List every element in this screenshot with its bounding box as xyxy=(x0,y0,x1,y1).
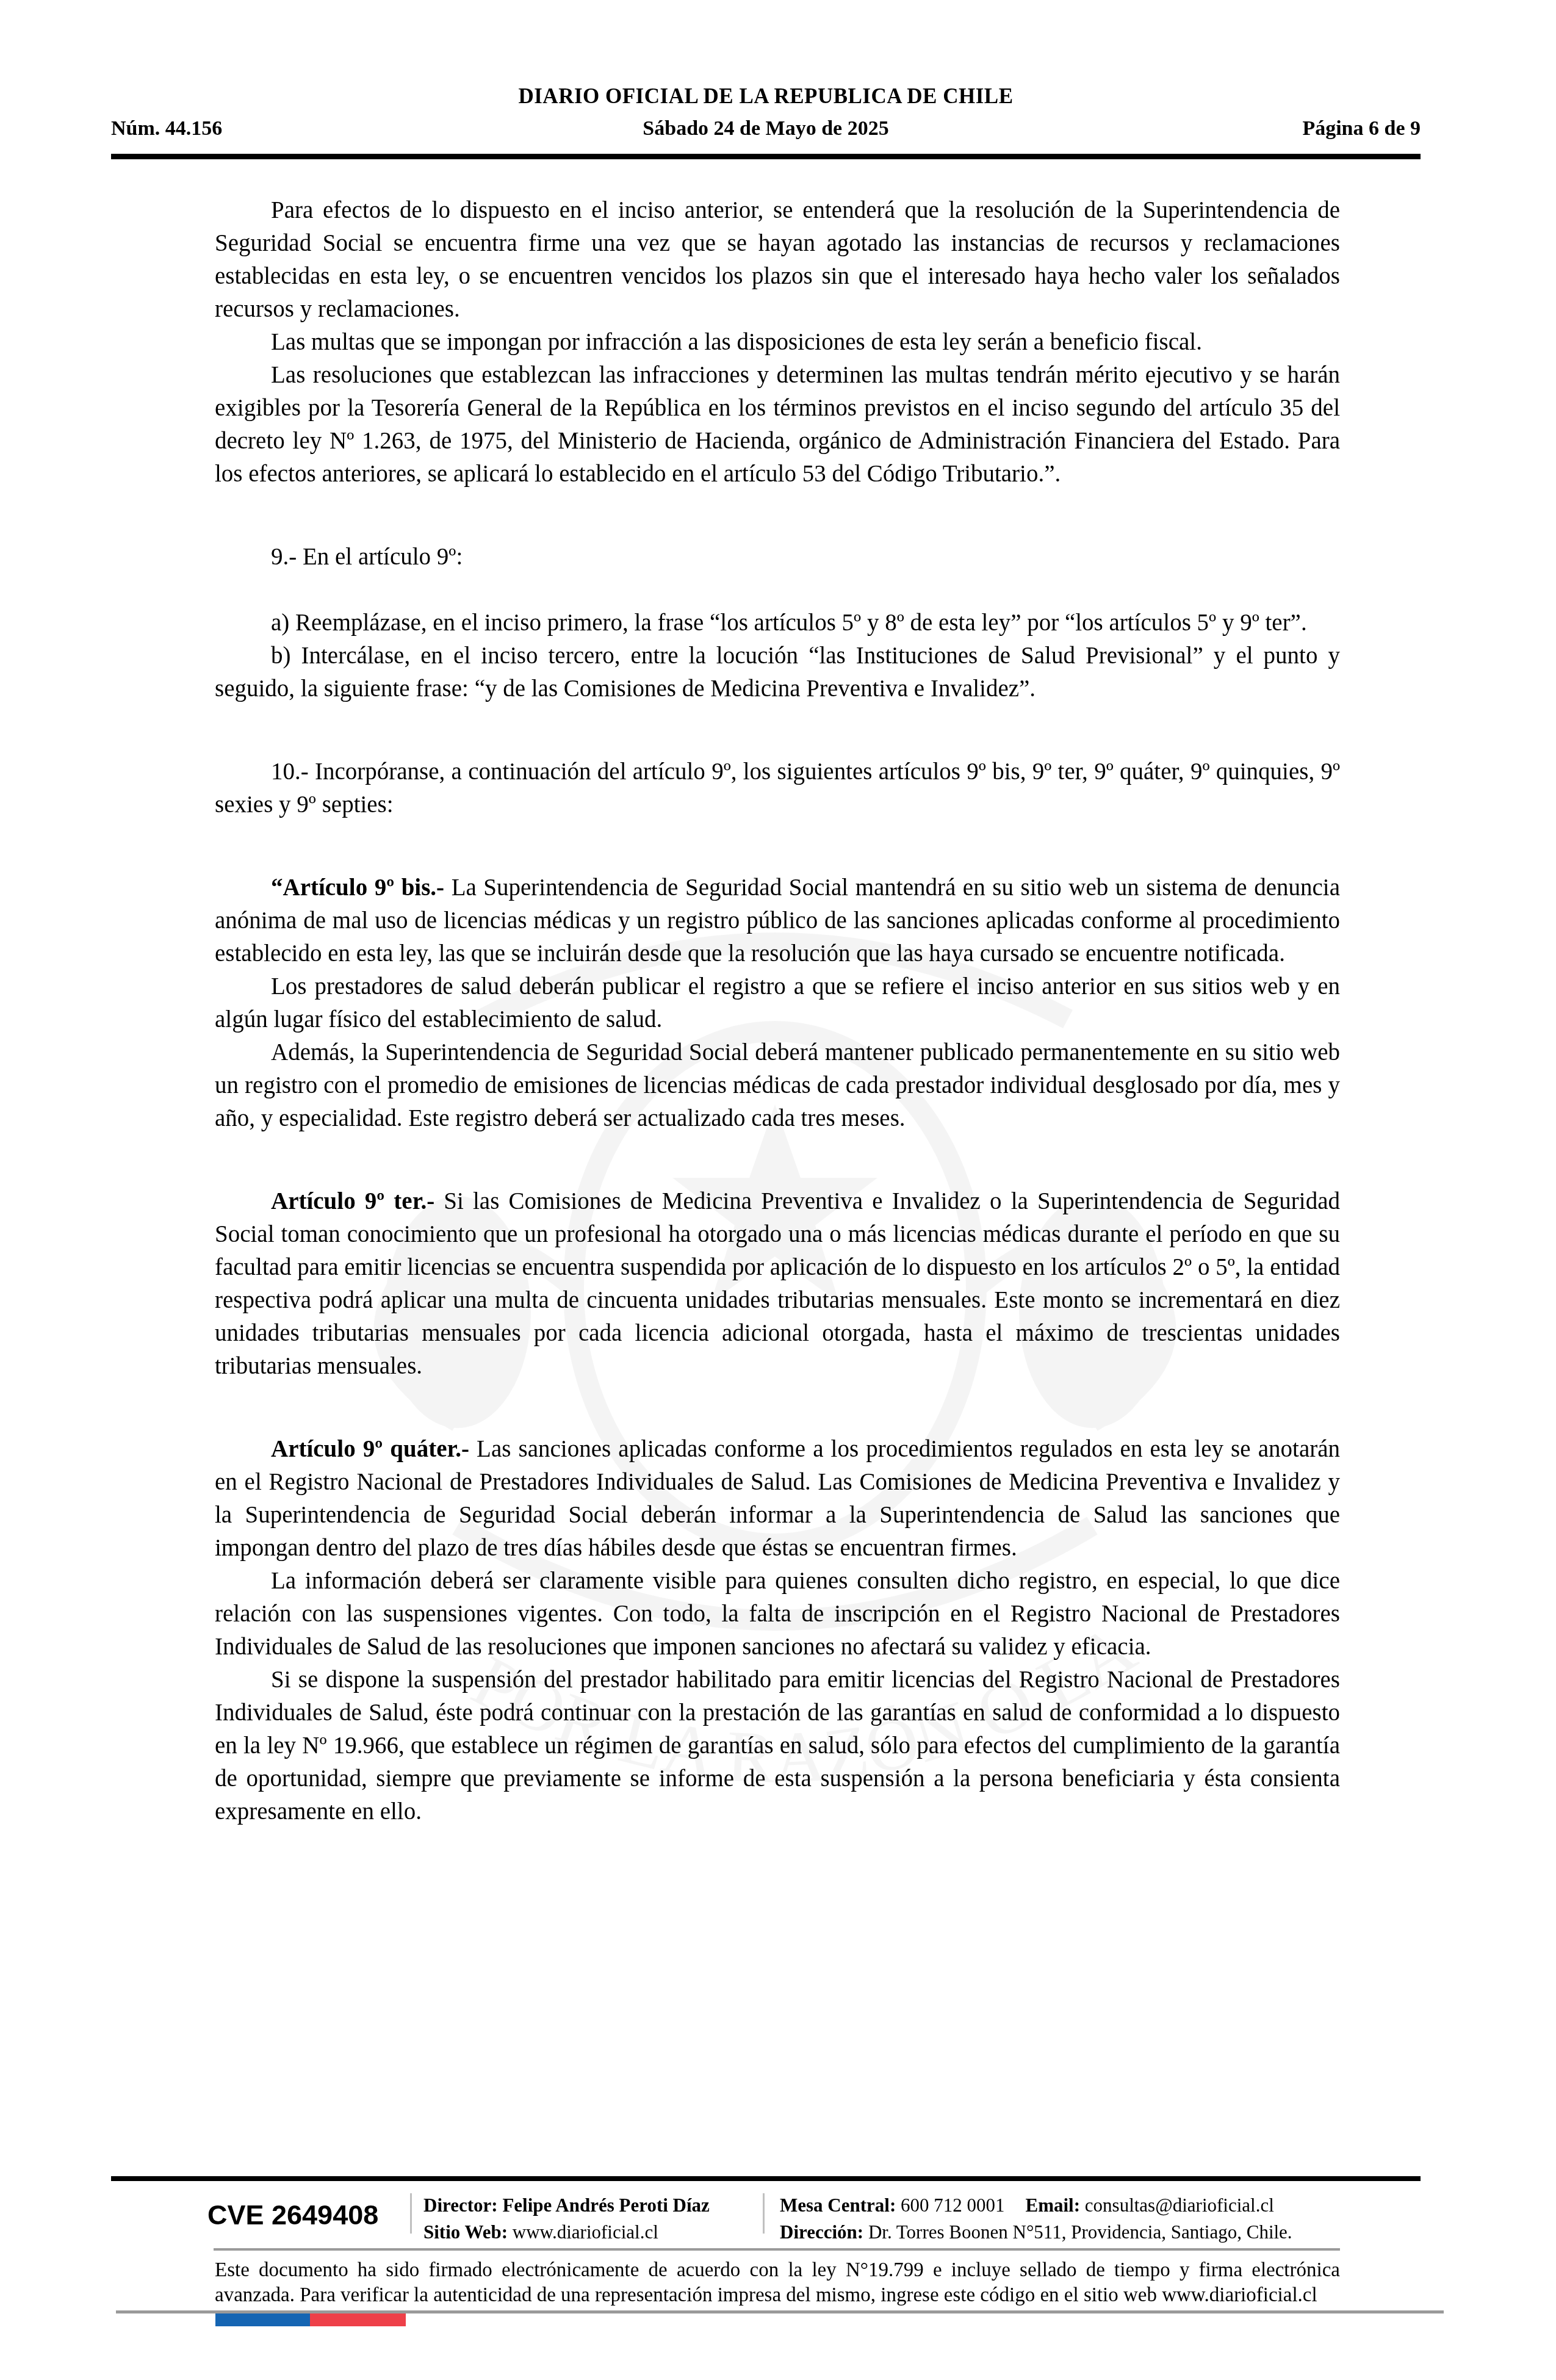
cve-code: CVE 2649408 xyxy=(207,2199,378,2231)
footer-divider-1 xyxy=(410,2193,412,2234)
paragraph: Para efectos de lo dispuesto en el incis… xyxy=(215,194,1340,326)
article-lead: “Artículo 9º bis.- xyxy=(271,874,444,901)
paragraph-text: Las resoluciones que establezcan las inf… xyxy=(215,362,1340,487)
page-title: DIARIO OFICIAL DE LA REPUBLICA DE CHILE xyxy=(111,84,1421,109)
email-label: Email: xyxy=(1026,2194,1081,2216)
issue-date: Sábado 24 de Mayo de 2025 xyxy=(111,117,1421,140)
paragraph: Los prestadores de salud deberán publica… xyxy=(215,970,1340,1036)
header-meta-row: Núm. 44.156 Sábado 24 de Mayo de 2025 Pá… xyxy=(111,117,1421,148)
director-line: Director: Felipe Andrés Peroti Díaz xyxy=(423,2192,710,2219)
paragraph: 9.- En el artículo 9º: xyxy=(215,541,1340,574)
paragraph: Las multas que se impongan por infracció… xyxy=(215,326,1340,359)
document-body: Para efectos de lo dispuesto en el incis… xyxy=(215,194,1340,1828)
page-indicator: Página 6 de 9 xyxy=(1302,117,1421,140)
address-value: Dr. Torres Boonen N°511, Providencia, Sa… xyxy=(863,2221,1292,2243)
paragraph-text: a) Reemplázase, en el inciso primero, la… xyxy=(271,610,1307,636)
paragraph: Artículo 9º ter.- Si las Comisiones de M… xyxy=(215,1185,1340,1383)
flag-blue-bar xyxy=(215,2313,310,2326)
paragraph-text: Para efectos de lo dispuesto en el incis… xyxy=(215,197,1340,322)
article-lead: Artículo 9º ter.- xyxy=(271,1188,434,1214)
address-label: Dirección: xyxy=(780,2221,863,2243)
paragraph-text: b) Intercálase, en el inciso tercero, en… xyxy=(215,643,1340,702)
email-value: consultas@diarioficial.cl xyxy=(1080,2194,1274,2216)
paragraph-text: Si las Comisiones de Medicina Preventiva… xyxy=(215,1188,1340,1379)
paragraph-text: Los prestadores de salud deberán publica… xyxy=(215,973,1340,1033)
footer-director-column: Director: Felipe Andrés Peroti Díaz Siti… xyxy=(423,2192,710,2246)
phone-value: 600 712 0001 xyxy=(896,2194,1004,2216)
document-page: DIARIO OFICIAL DE LA REPUBLICA DE CHILE … xyxy=(0,0,1556,2380)
phone-label: Mesa Central: xyxy=(780,2194,896,2216)
paragraph-text: 10.- Incorpóranse, a continuación del ar… xyxy=(215,759,1340,818)
paragraph: Además, la Superintendencia de Seguridad… xyxy=(215,1036,1340,1135)
footer-top-rule xyxy=(111,2176,1421,2181)
address-line: Dirección: Dr. Torres Boonen N°511, Prov… xyxy=(780,2219,1292,2246)
website-line: Sitio Web: www.diarioficial.cl xyxy=(423,2219,710,2246)
paragraph-text: Además, la Superintendencia de Seguridad… xyxy=(215,1039,1340,1131)
footer-divider-2 xyxy=(763,2193,765,2234)
paragraph: Si se dispone la suspensión del prestado… xyxy=(215,1664,1340,1828)
article-lead: Artículo 9º quáter.- xyxy=(271,1436,469,1462)
flag-red-bar xyxy=(310,2313,406,2326)
paragraph-text: Si se dispone la suspensión del prestado… xyxy=(215,1667,1340,1825)
paragraph: a) Reemplázase, en el inciso primero, la… xyxy=(215,607,1340,640)
footer-middle-rule xyxy=(214,2248,1340,2251)
website-label: Sitio Web: xyxy=(423,2221,508,2243)
paragraph: La información deberá ser claramente vis… xyxy=(215,1565,1340,1664)
paragraph-text: La información deberá ser claramente vis… xyxy=(215,1568,1340,1660)
footer-contact-column: Mesa Central: 600 712 0001Email: consult… xyxy=(780,2192,1292,2246)
website-value: www.diarioficial.cl xyxy=(508,2221,658,2243)
paragraph: 10.- Incorpóranse, a continuación del ar… xyxy=(215,755,1340,821)
legal-notice: Este documento ha sido firmado electróni… xyxy=(215,2258,1340,2308)
phone-email-line: Mesa Central: 600 712 0001Email: consult… xyxy=(780,2192,1292,2219)
director-value: Felipe Andrés Peroti Díaz xyxy=(498,2194,710,2216)
page-header: DIARIO OFICIAL DE LA REPUBLICA DE CHILE … xyxy=(111,84,1421,148)
paragraph: b) Intercálase, en el inciso tercero, en… xyxy=(215,640,1340,705)
paragraph-text: Las multas que se impongan por infracció… xyxy=(271,329,1202,355)
header-rule xyxy=(111,154,1421,159)
paragraph: “Artículo 9º bis.- La Superintendencia d… xyxy=(215,871,1340,970)
paragraph: Artículo 9º quáter.- Las sanciones aplic… xyxy=(215,1433,1340,1565)
paragraph-text: 9.- En el artículo 9º: xyxy=(271,544,463,570)
paragraph: Las resoluciones que establezcan las inf… xyxy=(215,359,1340,491)
director-label: Director: xyxy=(423,2194,498,2216)
